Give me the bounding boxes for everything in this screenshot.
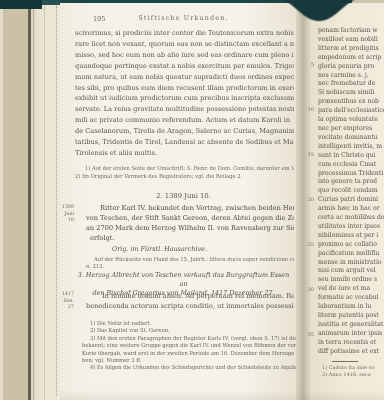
right-page-footnotes: 1) Caduto ita sine vo2) Anno 1418, secu bbox=[322, 365, 384, 379]
text-line: utilitates inter ipsos bbox=[318, 223, 384, 232]
text-line: armis hæc in hac or bbox=[318, 205, 384, 214]
text-line: seu inmibi ordine s bbox=[318, 276, 384, 285]
left-page: 195 Stiftische Urkunden. sciverimus, si … bbox=[60, 3, 296, 400]
footnote-line: 3) Mit den ersten Paragraphen der Regist… bbox=[82, 336, 296, 343]
right-page-partial: 5 10 15 20 25 30 35 penam factoriam wvex… bbox=[312, 3, 384, 400]
footnote-line: ben; vgl. Nummer 3 ff. bbox=[82, 358, 296, 365]
book-cover-strip bbox=[3, 0, 28, 400]
body-paragraph: sciverimus, si prodiciis inter contor di… bbox=[75, 28, 294, 159]
text-line: an 2700 Mark dem Herzog Wilhelm II. von … bbox=[86, 224, 294, 234]
text-line: benedicenda actorum scripta conditio, ut… bbox=[86, 301, 294, 311]
text-line: mili ac privato communio referendum. Act… bbox=[75, 115, 294, 126]
text-line: animarum inter ipsis bbox=[318, 330, 384, 339]
text-line: 1) Caduto ita sine vo bbox=[322, 365, 384, 372]
text-line: Ritter Karl IV. bekundet den Vertrag, zw… bbox=[86, 204, 294, 214]
text-line: 1) Auf der ersten Seite der Umschrift: S… bbox=[75, 166, 294, 174]
text-line: nihilominus et per i bbox=[318, 232, 384, 241]
text-line: in terra recentis et bbox=[318, 339, 384, 348]
text-line: nisi cum arguit vel bbox=[318, 267, 384, 276]
text-line: Si nobiscum simili bbox=[318, 89, 384, 98]
text-line: proximo ac collatio bbox=[318, 241, 384, 250]
entry3-heading-line: 3. Herzog Albrecht von Teschen verkauft … bbox=[75, 271, 292, 289]
text-line: vocitate dominantu bbox=[318, 134, 384, 143]
text-line: sunt in Christo qui bbox=[318, 152, 384, 161]
text-line: la optima voluntate bbox=[318, 116, 384, 125]
footnote-line: bekannt; eine weitere Gruppe gegen die K… bbox=[82, 343, 296, 350]
margin-year: 1389 bbox=[61, 205, 74, 212]
spine-headband-wedge bbox=[283, 0, 355, 24]
text-line: isto genere ta prod bbox=[318, 178, 384, 187]
text-line: 2) Anno 1418, secu bbox=[322, 372, 384, 379]
text-line: præsentibus ex nob bbox=[318, 98, 384, 107]
footnote-line: 2) Das Kapitel von St. Gereon. bbox=[82, 328, 296, 335]
footnote-line: Kurie übergab, ward erst in der zweiten … bbox=[82, 351, 296, 358]
text-line: rare licet non vexant, quorum eas non se… bbox=[75, 39, 294, 50]
text-line: misso, sed hoc eum non ab alio iure sed … bbox=[75, 50, 294, 61]
page-edge-line bbox=[44, 0, 45, 400]
text-line: de Caselanorum, Tirolis de Aragon, Saler… bbox=[75, 126, 294, 137]
line-number: 25 bbox=[304, 242, 314, 248]
margin-day: Juni 10 bbox=[61, 212, 74, 225]
text-line: Tirolensis et aliis multis. bbox=[75, 148, 294, 159]
page-edge-line bbox=[33, 0, 34, 400]
text-line: laborantium in lu bbox=[318, 303, 384, 312]
text-line: diff potissime et ext bbox=[318, 348, 384, 357]
text-line: Curias patri domini bbox=[318, 196, 384, 205]
text-line: iustitia et generalitat bbox=[318, 321, 384, 330]
text-line: penam factoriam w bbox=[318, 27, 384, 36]
text-line: von Teschen, der Stift Sankt Gereon, der… bbox=[86, 214, 294, 224]
line-number: 5 bbox=[304, 62, 314, 68]
footnote-line: 4) Es folgen die Urkunden des Schiedsger… bbox=[82, 365, 296, 372]
text-line: empedonum et scrip bbox=[318, 54, 384, 63]
text-line: nec per emptores bbox=[318, 125, 384, 134]
text-line: servato. La reius gravitate multitudine … bbox=[75, 104, 294, 115]
text-line: quandoque pertinque exstat a nobis exerc… bbox=[75, 61, 294, 72]
book-top-edge-band-mid bbox=[42, 0, 60, 5]
text-line: Auf der Rückseite von Hand des 15. Jahrh… bbox=[86, 257, 294, 264]
margin-year: 1417 bbox=[61, 292, 74, 299]
text-line: vel de iure et ma bbox=[318, 285, 384, 294]
text-line: intelligenti invitis, m bbox=[318, 143, 384, 152]
text-line: cum ecclesia Cmat bbox=[318, 161, 384, 170]
entry3-margin-date: 1417 Dez. 27 bbox=[61, 292, 74, 312]
line-number: 10 bbox=[304, 107, 314, 113]
text-line: litteræ et prodigitis bbox=[318, 45, 384, 54]
text-line: literæ patentis post bbox=[318, 312, 384, 321]
text-line: n. 212. bbox=[86, 264, 294, 271]
text-line: tatibus, Tridentis de Tirol, Landensi ac… bbox=[75, 137, 294, 148]
book-scan-photo: 195 Stiftische Urkunden. sciverimus, si … bbox=[0, 0, 384, 400]
text-line: quo recolit condam bbox=[318, 187, 384, 196]
footnotes-block: 1) Die Notiz ist radiert. 2) Das Kapitel… bbox=[82, 321, 296, 373]
margin-day: Dez. 27 bbox=[61, 299, 74, 312]
entry2-margin-date: 1389 Juni 10 bbox=[61, 205, 74, 225]
text-line: In nomine domini amen. Ad perpetuam rei … bbox=[86, 291, 294, 301]
text-line: 2) Im Original der Vermerk des Registrat… bbox=[75, 174, 294, 182]
text-line: gloria penuria pro bbox=[318, 63, 384, 72]
footnote-rule bbox=[332, 361, 358, 362]
entry2-heading: 2. 1389 Juni 10. bbox=[75, 192, 292, 200]
text-line: certa ac mobilibus de bbox=[318, 214, 384, 223]
text-line: pacificatum melliflu bbox=[318, 250, 384, 259]
apparatus-notes: 1) Auf der ersten Seite der Umschrift: S… bbox=[75, 166, 294, 181]
right-page-text: penam factoriam wvexillost eam nobililit… bbox=[318, 27, 384, 357]
entry2-source-line: Orig. im Fürstl. Hausarchive. bbox=[112, 245, 207, 253]
entry3-text: In nomine domini amen. Ad perpetuam rei … bbox=[86, 291, 294, 311]
running-title: Stiftische Urkunden. bbox=[75, 15, 292, 22]
text-line: nos carmine s. j. bbox=[318, 72, 384, 81]
line-number: 20 bbox=[304, 197, 314, 203]
text-line: sciverimus, si prodiciis inter contor di… bbox=[75, 28, 294, 39]
entry2-regest: Ritter Karl IV. bekundet den Vertrag, zw… bbox=[86, 204, 294, 244]
line-number: 30 bbox=[304, 287, 314, 293]
text-line: formatis ac vocabul bbox=[318, 294, 384, 303]
text-line: tes sibi, pro quibus eum diem recusent i… bbox=[75, 83, 294, 94]
book-top-edge-band-left bbox=[0, 0, 42, 9]
text-line: mum natura, ut eam nobis queatur supradi… bbox=[75, 72, 294, 83]
text-line: nec fremebatur de bbox=[318, 80, 384, 89]
text-line: exhibit ut iudicium prodictorum cum prec… bbox=[75, 93, 294, 104]
footnote-line: 1) Die Notiz ist radiert. bbox=[82, 321, 296, 328]
text-line: vexillost eam nobili bbox=[318, 36, 384, 45]
text-line: erfolgt. bbox=[86, 234, 294, 244]
line-number: 35 bbox=[304, 332, 314, 338]
entry2-notes: Auf der Rückseite von Hand des 15. Jahrh… bbox=[86, 257, 294, 271]
line-number: 15 bbox=[304, 152, 314, 158]
text-line: processimus Tridenti bbox=[318, 170, 384, 179]
bottom-page-shadow bbox=[60, 390, 384, 400]
text-line: para dell'ecclesiastico bbox=[318, 107, 384, 116]
text-line: mense in ministratio bbox=[318, 259, 384, 268]
page-edge-dotted-line bbox=[56, 6, 57, 396]
